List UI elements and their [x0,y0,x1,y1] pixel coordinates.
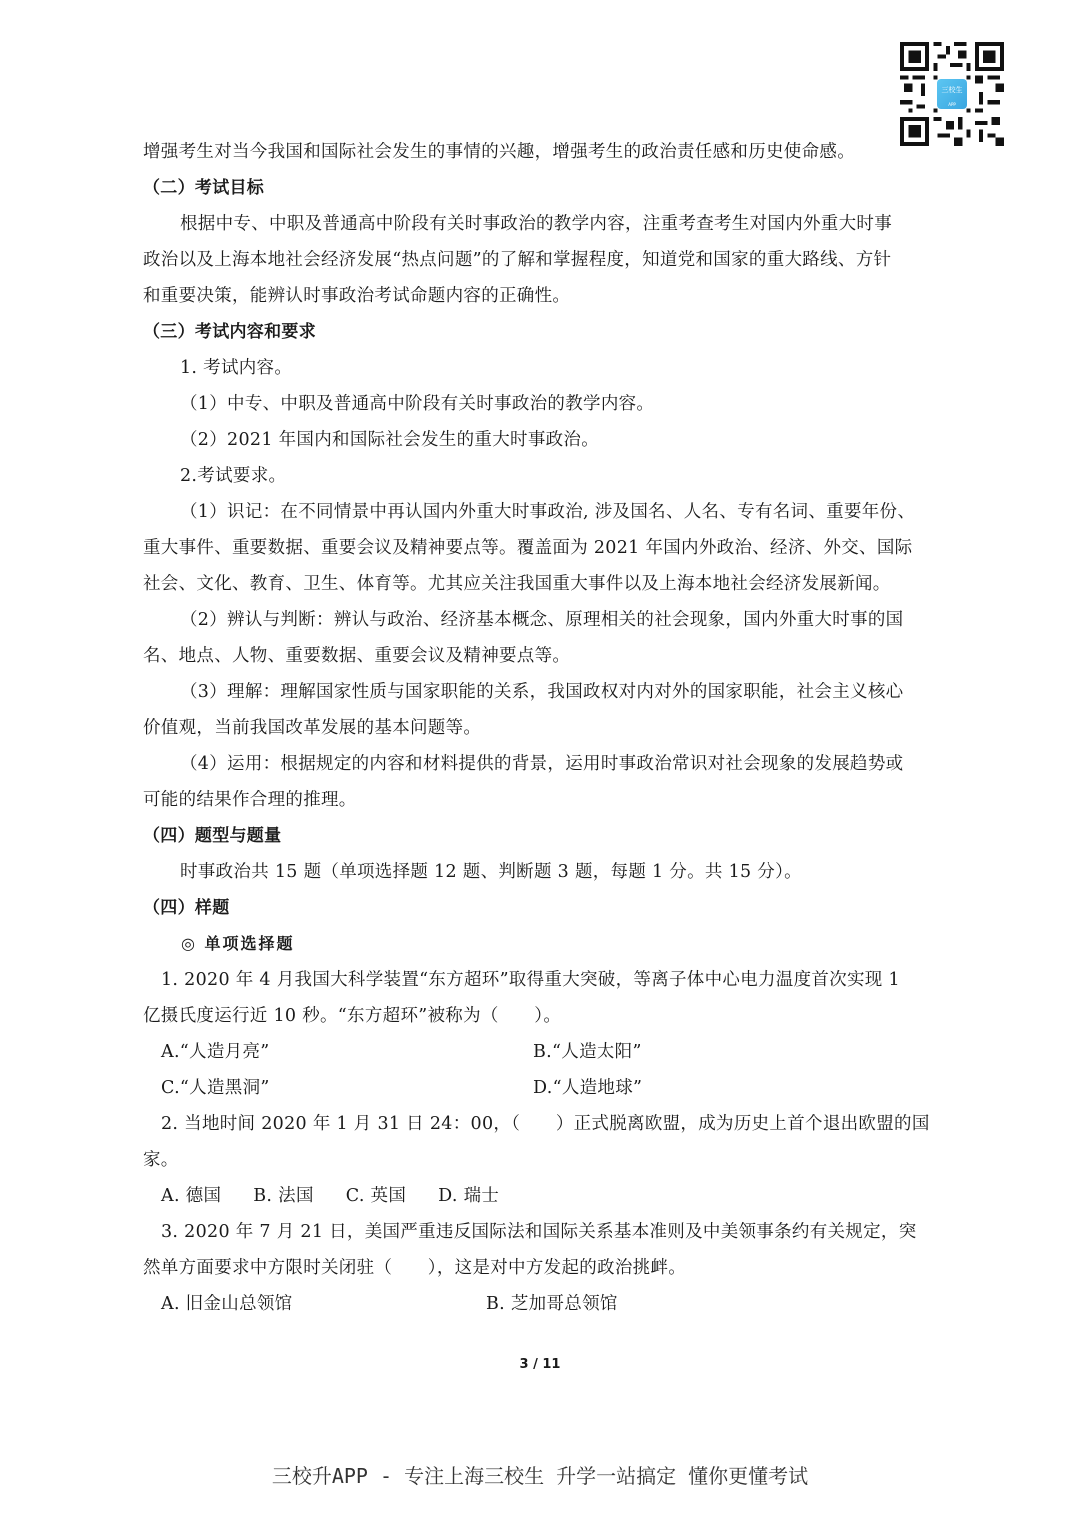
requirement-apply: 可能的结果作合理的推理。 [143,782,943,818]
app-logo-subtext: APP [937,102,967,107]
option-b: B. 芝加哥总领馆 [486,1286,618,1322]
option-b: B. 法国 [253,1178,314,1214]
page-number: 3 / 11 [0,1357,1080,1372]
option-d: D. 瑞士 [438,1178,499,1214]
app-logo-text: 三校生 [942,86,963,94]
exam-content-item: （2）2021 年国内和国际社会发生的重大时事政治。 [143,422,943,458]
question-1-options: C.“人造黑洞” D.“人造地球” [143,1070,943,1106]
requirement-memorize: 社会、文化、教育、卫生、体育等。尤其应关注我国重大事件以及上海本地社会经济发展新… [143,566,943,602]
question-1-options: A.“人造月亮” B.“人造太阳” [143,1034,943,1070]
exam-content-item: （1）中专、中职及普通高中阶段有关时事政治的教学内容。 [143,386,943,422]
footer-banner: 三校升APP - 专注上海三校生 升学一站搞定 懂你更懂考试 [0,1460,1080,1489]
question-types-text: 时事政治共 15 题（单项选择题 12 题、判断题 3 题，每题 1 分。共 1… [143,854,943,890]
exam-objectives-text: 政治以及上海本地社会经济发展“热点问题”的了解和掌握程度，知道党和国家的重大路线… [143,242,943,278]
requirement-identify: 名、地点、人物、重要数据、重要会议及精神要点等。 [143,638,943,674]
option-a: A. 旧金山总领馆 [161,1286,486,1322]
question-3-options: A. 旧金山总领馆 B. 芝加哥总领馆 [143,1286,943,1322]
option-b: B.“人造太阳” [533,1034,642,1070]
app-logo-icon: 三校生 APP [937,79,967,109]
question-2-options: A. 德国 B. 法国 C. 英国 D. 瑞士 [143,1178,943,1214]
exam-content-title: 1. 考试内容。 [143,350,943,386]
requirement-understand: （3）理解：理解国家性质与国家职能的关系，我国政权对内对外的国家职能，社会主义核… [143,674,943,710]
section-exam-objectives-heading: （二）考试目标 [143,170,943,206]
requirement-understand: 价值观，当前我国改革发展的基本问题等。 [143,710,943,746]
question-3-stem: 3. 2020 年 7 月 21 日，美国严重违反国际法和国际关系基本准则及中美… [143,1214,943,1250]
question-2-stem: 2. 当地时间 2020 年 1 月 31 日 24：00，（ ）正式脱离欧盟，… [143,1106,943,1142]
section-sample-questions-heading: （四）样题 [143,890,943,926]
option-d: D.“人造地球” [533,1070,642,1106]
requirement-identify: （2）辨认与判断：辨认与政治、经济基本概念、原理相关的社会现象，国内外重大时事的… [143,602,943,638]
exam-objectives-text: 和重要决策，能辨认时事政治考试命题内容的正确性。 [143,278,943,314]
question-2-stem: 家。 [143,1142,943,1178]
section-content-requirements-heading: （三）考试内容和要求 [143,314,943,350]
option-a: A. 德国 [161,1178,221,1214]
exam-objectives-text: 根据中专、中职及普通高中阶段有关时事政治的教学内容，注重考查考生对国内外重大时事 [143,206,943,242]
requirement-memorize: （1）识记：在不同情景中再认国内外重大时事政治, 涉及国名、人名、专有名词、重要… [143,494,943,530]
qr-code: 三校生 APP [900,42,1004,146]
document-page: 增强考生对当今我国和国际社会发生的事情的兴趣，增强考生的政治责任感和历史使命感。… [143,134,943,1322]
option-c: C. 英国 [346,1178,406,1214]
requirement-memorize: 重大事件、重要数据、重要会议及精神要点等。覆盖面为 2021 年国内外政治、经济… [143,530,943,566]
question-3-stem: 然单方面要求中方限时关闭驻（ ），这是对中方发起的政治挑衅。 [143,1250,943,1286]
requirement-apply: （4）运用：根据规定的内容和材料提供的背景，运用时事政治常识对社会现象的发展趋势… [143,746,943,782]
option-c: C.“人造黑洞” [161,1070,533,1106]
question-1-stem: 亿摄氏度运行近 10 秒。“东方超环”被称为（ ）。 [143,998,943,1034]
exam-requirements-title: 2.考试要求。 [143,458,943,494]
question-1-stem: 1. 2020 年 4 月我国大科学装置“东方超环”取得重大突破，等离子体中心电… [143,962,943,998]
option-a: A.“人造月亮” [161,1034,533,1070]
section-question-types-heading: （四）题型与题量 [143,818,943,854]
multiple-choice-heading: ◎ 单项选择题 [143,926,943,962]
intro-paragraph-tail: 增强考生对当今我国和国际社会发生的事情的兴趣，增强考生的政治责任感和历史使命感。 [143,134,943,170]
